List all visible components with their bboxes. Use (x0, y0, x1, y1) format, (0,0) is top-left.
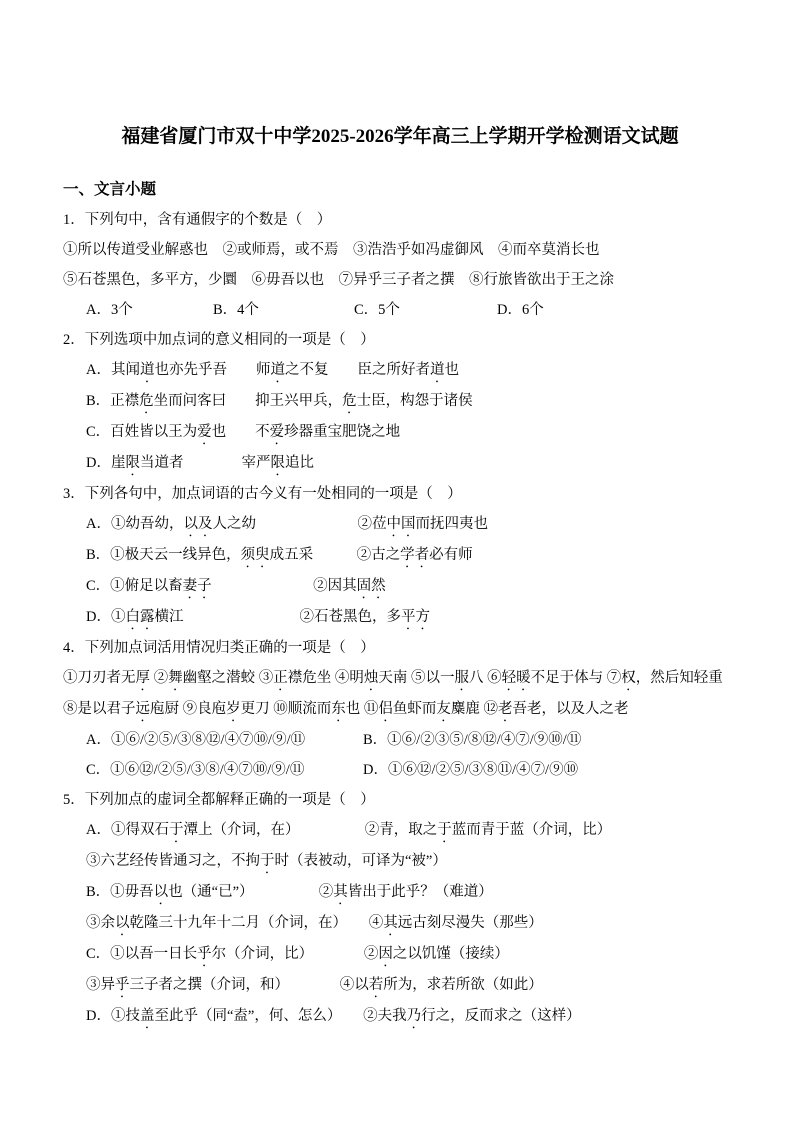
q5-stem: 5．下列加点的虚词全都解释正确的一项是（ ） (63, 785, 737, 815)
q2-stem: 2．下列选项中加点词的意义相同的一项是（ ） (63, 325, 737, 355)
q4-choice-d: D．①⑥⑫/②⑤/③⑧⑪/④⑦/⑨⑩ (363, 755, 578, 785)
q1-choice-b: B．4个 (213, 295, 259, 325)
q2-option-a: A．其闻道也亦先乎吾 师道之不复 臣之所好者道也 (63, 355, 737, 386)
q3-stem: 3．下列各句中，加点词语的古今义有一处相同的一项是（ ） (63, 479, 737, 509)
q3-option-d: D．①白露横江 ②石苍黑色，多平方 (63, 602, 737, 633)
q1-choice-c: C．5个 (354, 295, 400, 325)
q4-choice-a: A．①⑥/②⑤/③⑧⑫/④⑦⑩/⑨/⑪ (86, 725, 305, 755)
q3-option-a: A．①幼吾幼，以及人之幼 ②莅中国而抚四夷也 (63, 509, 737, 540)
q2-option-b: B．正襟危坐而问客曰 抑王兴甲兵，危士臣，构怨于诸侯 (63, 386, 737, 417)
q3-option-c: C．①俯足以畜妻子 ②因其固然 (63, 571, 737, 602)
q4-choice-c: C．①⑥⑫/②⑤/③⑧/④⑦⑩/⑨/⑪ (86, 755, 304, 785)
q1-choices-row: A．3个 B．4个 C．5个 D．6个 (63, 295, 737, 325)
q2-option-c: C．百姓皆以王为爱也 不爱珍器重宝肥饶之地 (63, 417, 737, 448)
q2-option-d: D．崖限当道者 宰严限追比 (63, 448, 737, 479)
q1-choice-a: A．3个 (86, 295, 133, 325)
q5-option-c: C．①以吾一日长乎尔（介词，比） ②因之以饥馑（接续） (63, 939, 737, 970)
section-heading: 一、文言小题 (63, 175, 737, 205)
q1-choice-d: D．6个 (497, 295, 544, 325)
q4-choices-row-2: C．①⑥⑫/②⑤/③⑧/④⑦⑩/⑨/⑪ D．①⑥⑫/②⑤/③⑧⑪/④⑦/⑨⑩ (63, 755, 737, 785)
q5-option-a: A．①得双石于潭上（介词，在） ②青，取之于蓝而青于蓝（介词，比） (63, 815, 737, 846)
q5-option-b-cont: ③余以乾隆三十九年十二月（介词，在） ④其远古刻尽漫失（那些） (63, 908, 737, 939)
q1-items-line-1: ①所以传道受业解惑也 ②或师焉，或不焉 ③浩浩乎如冯虚御风 ④而卒莫消长也 (63, 235, 737, 265)
q1-stem: 1．下列句中，含有通假字的个数是（ ） (63, 205, 737, 235)
page-title: 福建省厦门市双十中学2025-2026学年高三上学期开学检测语文试题 (63, 122, 737, 152)
q4-choice-b: B．①⑥/②③⑤/⑧⑫/④⑦/⑨⑩/⑪ (363, 725, 581, 755)
q5-option-c-cont: ③异乎三子者之撰（介词，和） ④以若所为，求若所欲（如此） (63, 970, 737, 1001)
q4-stem: 4．下列加点词活用情况归类正确的一项是（ ） (63, 633, 737, 663)
q4-items: ①刀刃者无厚 ②舞幽壑之潜蛟 ③正襟危坐 ④明烛天南 ⑤以一服八 ⑥轻暖不足于体… (63, 663, 737, 725)
document-page: 福建省厦门市双十中学2025-2026学年高三上学期开学检测语文试题 一、文言小… (0, 0, 793, 1122)
q1-items-line-2: ⑤石苍黑色，多平方，少圜 ⑥毋吾以也 ⑦异乎三子者之撰 ⑧行旅皆欲出于王之涂 (63, 265, 737, 295)
q3-option-b: B．①极天云一线异色，须臾成五采 ②古之学者必有师 (63, 540, 737, 571)
q5-option-d: D．①技盖至此乎（同“盍”，何、怎么） ②夫我乃行之，反而求之（这样） (63, 1001, 737, 1032)
q5-option-a-cont: ③六艺经传皆通习之，不拘于时（表被动，可译为“被”） (63, 846, 737, 877)
q4-choices-row-1: A．①⑥/②⑤/③⑧⑫/④⑦⑩/⑨/⑪ B．①⑥/②③⑤/⑧⑫/④⑦/⑨⑩/⑪ (63, 725, 737, 755)
q5-option-b: B．①毋吾以也（通“已”） ②其皆出于此乎？（难道） (63, 877, 737, 908)
